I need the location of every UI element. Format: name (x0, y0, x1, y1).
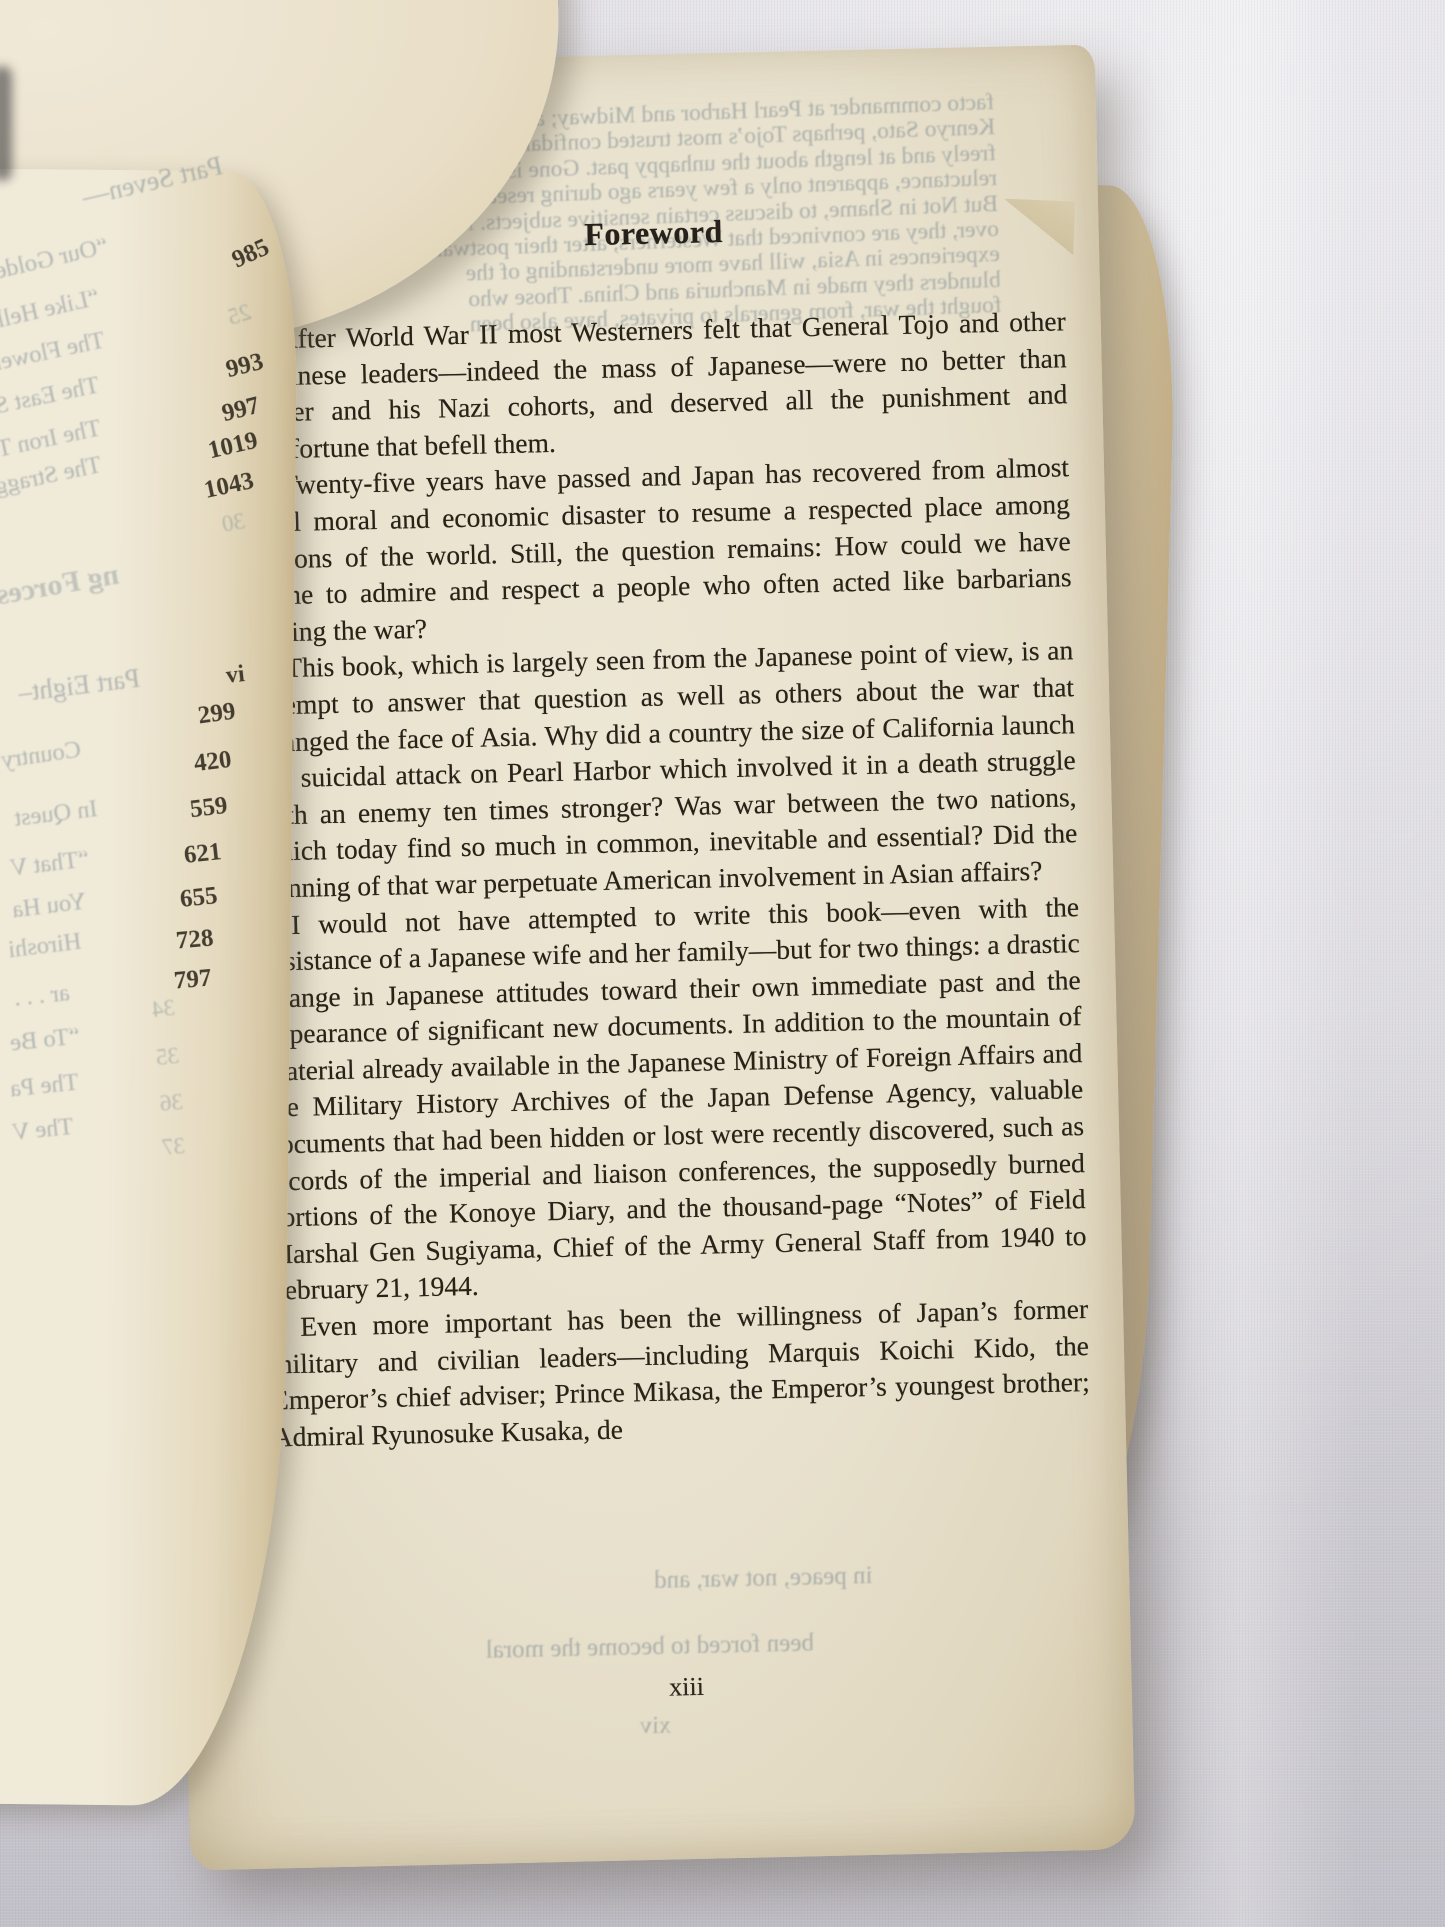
page-folio: xiii (278, 1663, 1094, 1712)
foreword-paragraph-1: After World War II most Westerners felt … (247, 303, 1068, 468)
foreword-body: After World War II most Westerners felt … (247, 303, 1091, 1456)
toc-ghost-number: 37 (161, 1133, 186, 1161)
toc-folio: vi (225, 661, 246, 690)
book-photo-scene: facto commander at Pearl Harbor and Midw… (0, 0, 1445, 1927)
toc-page-number: 420 (192, 746, 233, 778)
toc-page-number: 559 (188, 792, 229, 824)
toc-page-number: 797 (173, 964, 213, 995)
toc-ghost-number: 34 (151, 995, 177, 1023)
toc-ghost-number: 36 (159, 1089, 184, 1117)
showthrough-fragment: in peace, not war, and (654, 1562, 873, 1595)
spine-shadow (0, 66, 12, 181)
toc-ghost-title: ar . . . (13, 979, 71, 1013)
ghost-folio: xiv (247, 1704, 1063, 1750)
showthrough-fragment: been forced to become the moral (485, 1629, 814, 1664)
foreword-paragraph-4: I would not have attempted to write this… (261, 889, 1088, 1310)
toc-page-number: 299 (196, 698, 237, 731)
foreword-paragraph-5: Even more important has been the willing… (270, 1291, 1091, 1456)
foreword-paragraph-2: Twenty-five years have passed and Japan … (251, 450, 1073, 651)
toc-page-number: 621 (183, 838, 223, 870)
toc-ghost-number: 35 (155, 1043, 181, 1071)
toc-page-number: 655 (179, 882, 219, 914)
toc-page-number: 728 (175, 924, 215, 955)
toc-ghost-number: 30 (220, 508, 247, 538)
foreword-paragraph-3: This book, which is largely seen from th… (255, 632, 1079, 907)
